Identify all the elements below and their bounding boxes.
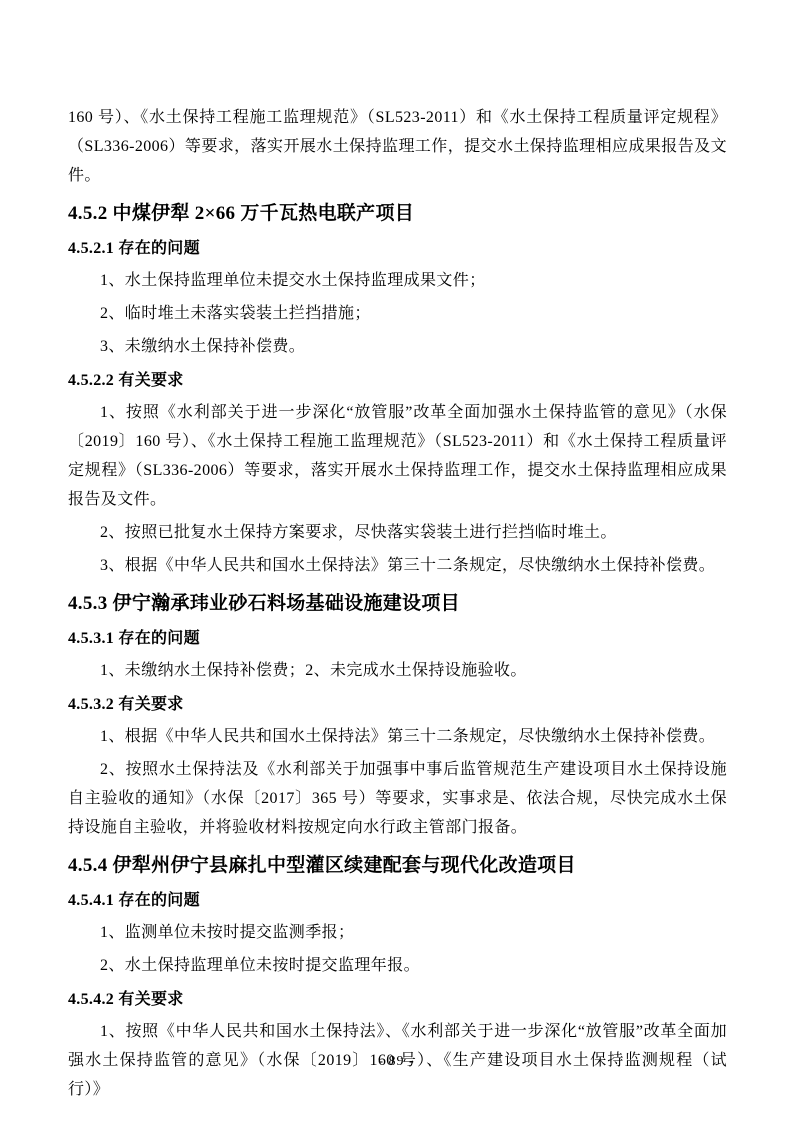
paragraph: 1、未缴纳水土保持补偿费；2、未完成水土保持设施验收。 <box>68 656 727 685</box>
subsection-heading-4-5-3-2: 4.5.3.2 有关要求 <box>68 691 727 718</box>
page-number: - 89 - <box>378 1054 414 1069</box>
document-page: 160 号）、《水土保持工程施工监理规范》（SL523-2011）和《水土保持工… <box>0 0 793 1122</box>
paragraph: 3、根据《中华人民共和国水土保持法》第三十二条规定，尽快缴纳水土保持补偿费。 <box>68 551 727 580</box>
section-heading-4-5-3: 4.5.3 伊宁瀚承玮业砂石料场基础设施建设项目 <box>68 588 727 619</box>
section-heading-4-5-4: 4.5.4 伊犁州伊宁县麻扎中型灌区续建配套与现代化改造项目 <box>68 850 727 881</box>
section-heading-4-5-2: 4.5.2 中煤伊犁 2×66 万千瓦热电联产项目 <box>68 198 727 229</box>
paragraph: 1、按照《水利部关于进一步深化“放管服”改革全面加强水土保持监管的意见》（水保〔… <box>68 398 727 514</box>
paragraph: 2、水土保持监理单位未按时提交监理年报。 <box>68 951 727 980</box>
paragraph: 1、监测单位未按时提交监测季报； <box>68 918 727 947</box>
paragraph: 3、未缴纳水土保持补偿费。 <box>68 332 727 361</box>
subsection-heading-4-5-4-2: 4.5.4.2 有关要求 <box>68 986 727 1013</box>
paragraph-continuation: 160 号）、《水土保持工程施工监理规范》（SL523-2011）和《水土保持工… <box>68 103 727 190</box>
document-body: 160 号）、《水土保持工程施工监理规范》（SL523-2011）和《水土保持工… <box>68 103 727 1104</box>
paragraph: 1、水土保持监理单位未提交水土保持监理成果文件； <box>68 266 727 295</box>
paragraph: 2、临时堆土未落实袋装土拦挡措施； <box>68 299 727 328</box>
subsection-heading-4-5-2-1: 4.5.2.1 存在的问题 <box>68 235 727 262</box>
subsection-heading-4-5-4-1: 4.5.4.1 存在的问题 <box>68 887 727 914</box>
page-footer: - 89 - <box>0 1054 793 1070</box>
subsection-heading-4-5-3-1: 4.5.3.1 存在的问题 <box>68 625 727 652</box>
paragraph: 1、根据《中华人民共和国水土保持法》第三十二条规定，尽快缴纳水土保持补偿费。 <box>68 722 727 751</box>
paragraph: 2、按照已批复水土保持方案要求，尽快落实袋装土进行拦挡临时堆土。 <box>68 518 727 547</box>
paragraph: 2、按照水土保持法及《水利部关于加强事中事后监管规范生产建设项目水土保持设施自主… <box>68 755 727 842</box>
subsection-heading-4-5-2-2: 4.5.2.2 有关要求 <box>68 367 727 394</box>
